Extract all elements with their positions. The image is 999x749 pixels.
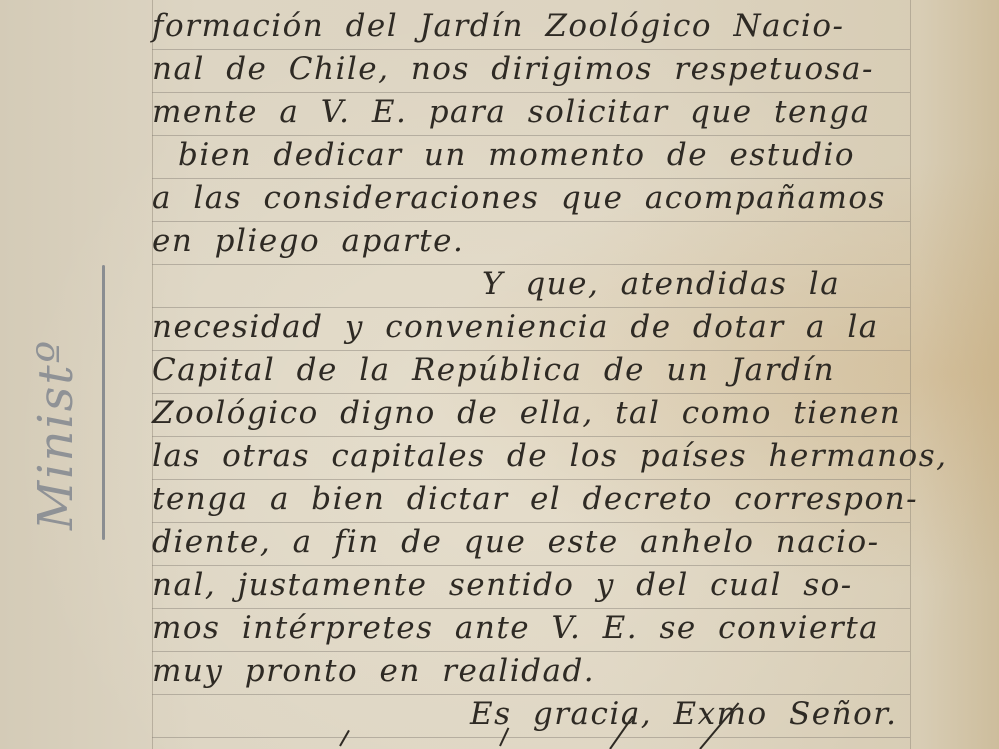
ruled-line (152, 737, 910, 738)
text-line: Capital de la República de un Jardín (152, 350, 912, 390)
signature-stroke (339, 730, 350, 747)
text-line: diente, a fin de que este anhelo nacio- (152, 522, 912, 562)
text-line: a las consideraciones que acompañamos (152, 178, 912, 218)
text-line: necesidad y conveniencia de dotar a la (152, 307, 912, 347)
text-line: mos intérpretes ante V. E. se convierta (152, 608, 912, 648)
margin-pencil-note: Ministº (28, 339, 84, 530)
text-line: formación del Jardín Zoológico Nacio- (152, 6, 912, 46)
text-line: muy pronto en realidad. (152, 651, 912, 691)
margin-pencil-stroke (102, 265, 105, 540)
text-line: tenga a bien dictar el decreto correspon… (152, 479, 912, 519)
text-line: Zoológico digno de ella, tal como tienen (152, 393, 912, 433)
text-line: Y que, atendidas la (482, 264, 999, 304)
text-line: mente a V. E. para solicitar que tenga (152, 92, 912, 132)
text-line: bien dedicar un momento de estudio (178, 135, 938, 175)
text-line: las otras capitales de los países herman… (152, 436, 912, 476)
closing-line: Es gracia, Exmo Señor. (470, 694, 999, 734)
text-line: nal de Chile, nos dirigimos respetuosa- (152, 49, 912, 89)
letter-page: Ministº formación del Jardín Zoológico N… (0, 0, 999, 749)
text-line: en pliego aparte. (152, 221, 912, 261)
text-line: nal, justamente sentido y del cual so- (152, 565, 912, 605)
